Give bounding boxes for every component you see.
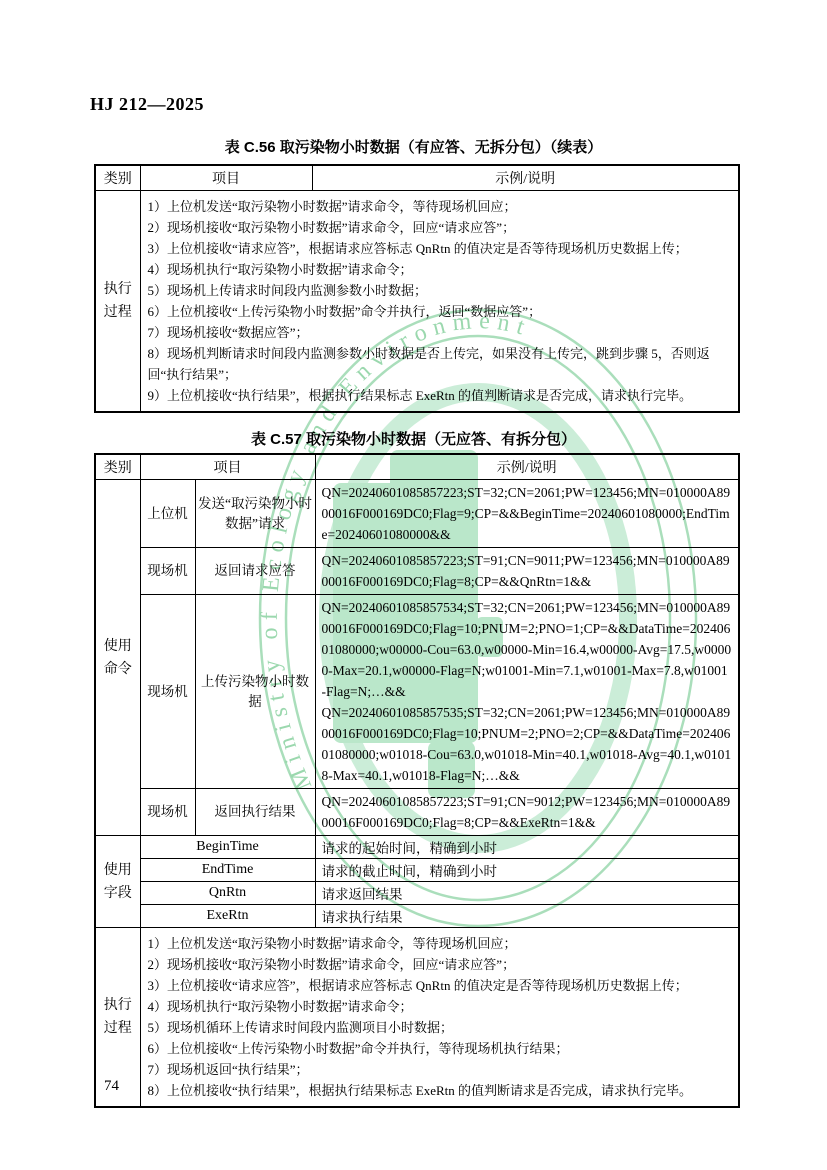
document-code: HJ 212—2025 <box>90 94 204 115</box>
col-header-example: 示例/说明 <box>315 454 739 480</box>
step-line: 8）上位机接收“执行结果”，根据执行结果标志 ExeRtn 的值判断请求是否完成… <box>148 1080 735 1101</box>
table-c57: 类别 项目 示例/说明 使用命令 上位机 发送“取污染物小时数据”请求 QN=2… <box>94 453 740 1108</box>
example-cell: QN=20240601085857223;ST=91;CN=9012;PW=12… <box>315 789 739 836</box>
step-line: 4）现场机执行“取污染物小时数据”请求命令； <box>148 996 735 1017</box>
example-cell: QN=20240601085857534;ST=32;CN=2061;PW=12… <box>315 595 739 789</box>
step-line: 5）现场机循环上传请求时间段内监测项目小时数据； <box>148 1017 735 1038</box>
packet-text: QN=20240601085857223;ST=91;CN=9012;PW=12… <box>322 791 733 833</box>
action-cell: 返回执行结果 <box>195 789 315 836</box>
field-name-cell: EndTime <box>140 859 315 882</box>
page-number: 74 <box>104 1078 119 1095</box>
packet-text: QN=20240601085857534;ST=32;CN=2061;PW=12… <box>322 597 733 702</box>
category-cell: 使用字段 <box>95 836 140 928</box>
device-cell: 现场机 <box>140 789 195 836</box>
table-row: ExeRtn 请求执行结果 <box>95 905 739 928</box>
table-c56: 类别 项目 示例/说明 执行过程 1）上位机发送“取污染物小时数据”请求命令，等… <box>94 164 740 413</box>
packet-text: QN=20240601085857223;ST=32;CN=2061;PW=12… <box>322 482 733 545</box>
table-header-row: 类别 项目 示例/说明 <box>95 454 739 480</box>
step-line: 3）上位机接收“请求应答”，根据请求应答标志 QnRtn 的值决定是否等待现场机… <box>148 238 735 259</box>
step-line: 4）现场机执行“取污染物小时数据”请求命令； <box>148 259 735 280</box>
table-row: 现场机 返回请求应答 QN=20240601085857223;ST=91;CN… <box>95 548 739 595</box>
table-row: 执行过程 1）上位机发送“取污染物小时数据”请求命令，等待现场机回应； 2）现场… <box>95 191 739 413</box>
table-row: 现场机 返回执行结果 QN=20240601085857223;ST=91;CN… <box>95 789 739 836</box>
step-line: 8）现场机判断请求时间段内监测参数小时数据是否上传完，如果没有上传完，跳到步骤 … <box>148 343 735 385</box>
step-line: 7）现场机返回“执行结果”； <box>148 1059 735 1080</box>
field-name-cell: BeginTime <box>140 836 315 859</box>
col-header-example: 示例/说明 <box>312 165 739 191</box>
action-cell: 返回请求应答 <box>195 548 315 595</box>
step-line: 5）现场机上传请求时间段内监测参数小时数据； <box>148 280 735 301</box>
device-cell: 现场机 <box>140 595 195 789</box>
step-line: 9）上位机接收“执行结果”，根据执行结果标志 ExeRtn 的值判断请求是否完成… <box>148 385 735 406</box>
device-cell: 现场机 <box>140 548 195 595</box>
table-c56-title: 表 C.56 取污染物小时数据（有应答、无拆分包）（续表） <box>0 136 827 157</box>
step-line: 6）上位机接收“上传污染物小时数据”命令并执行，返回“数据应答”； <box>148 301 735 322</box>
example-cell: QN=20240601085857223;ST=91;CN=9011;PW=12… <box>315 548 739 595</box>
col-header-item: 项目 <box>140 165 312 191</box>
field-name-cell: QnRtn <box>140 882 315 905</box>
table-row: EndTime 请求的截止时间，精确到小时 <box>95 859 739 882</box>
table-row: QnRtn 请求返回结果 <box>95 882 739 905</box>
packet-text: QN=20240601085857535;ST=32;CN=2061;PW=12… <box>322 702 733 786</box>
table-row: 使用字段 BeginTime 请求的起始时间，精确到小时 <box>95 836 739 859</box>
action-cell: 发送“取污染物小时数据”请求 <box>195 480 315 548</box>
step-line: 7）现场机接收“数据应答”； <box>148 322 735 343</box>
step-line: 3）上位机接收“请求应答”，根据请求应答标志 QnRtn 的值决定是否等待现场机… <box>148 975 735 996</box>
col-header-category: 类别 <box>95 165 140 191</box>
example-cell: QN=20240601085857223;ST=32;CN=2061;PW=12… <box>315 480 739 548</box>
process-steps-cell: 1）上位机发送“取污染物小时数据”请求命令，等待现场机回应； 2）现场机接收“取… <box>140 191 739 413</box>
step-line: 1）上位机发送“取污染物小时数据”请求命令，等待现场机回应； <box>148 196 735 217</box>
category-cell: 使用命令 <box>95 480 140 836</box>
table-c57-title: 表 C.57 取污染物小时数据（无应答、有拆分包） <box>0 428 827 449</box>
step-line: 1）上位机发送“取污染物小时数据”请求命令，等待现场机回应； <box>148 933 735 954</box>
field-name-cell: ExeRtn <box>140 905 315 928</box>
step-line: 6）上位机接收“上传污染物小时数据”命令并执行，等待现场机执行结果； <box>148 1038 735 1059</box>
step-line: 2）现场机接收“取污染物小时数据”请求命令，回应“请求应答”； <box>148 954 735 975</box>
field-desc-cell: 请求返回结果 <box>315 882 739 905</box>
category-cell: 执行过程 <box>95 191 140 413</box>
packet-text: QN=20240601085857223;ST=91;CN=9011;PW=12… <box>322 550 733 592</box>
action-cell: 上传污染物小时数据 <box>195 595 315 789</box>
col-header-category: 类别 <box>95 454 140 480</box>
field-desc-cell: 请求执行结果 <box>315 905 739 928</box>
process-steps-cell: 1）上位机发送“取污染物小时数据”请求命令，等待现场机回应； 2）现场机接收“取… <box>140 928 739 1108</box>
field-desc-cell: 请求的起始时间，精确到小时 <box>315 836 739 859</box>
field-desc-cell: 请求的截止时间，精确到小时 <box>315 859 739 882</box>
table-row: 执行过程 1）上位机发送“取污染物小时数据”请求命令，等待现场机回应； 2）现场… <box>95 928 739 1108</box>
step-line: 2）现场机接收“取污染物小时数据”请求命令，回应“请求应答”； <box>148 217 735 238</box>
table-row: 使用命令 上位机 发送“取污染物小时数据”请求 QN=2024060108585… <box>95 480 739 548</box>
device-cell: 上位机 <box>140 480 195 548</box>
col-header-item: 项目 <box>140 454 315 480</box>
table-header-row: 类别 项目 示例/说明 <box>95 165 739 191</box>
table-row: 现场机 上传污染物小时数据 QN=20240601085857534;ST=32… <box>95 595 739 789</box>
